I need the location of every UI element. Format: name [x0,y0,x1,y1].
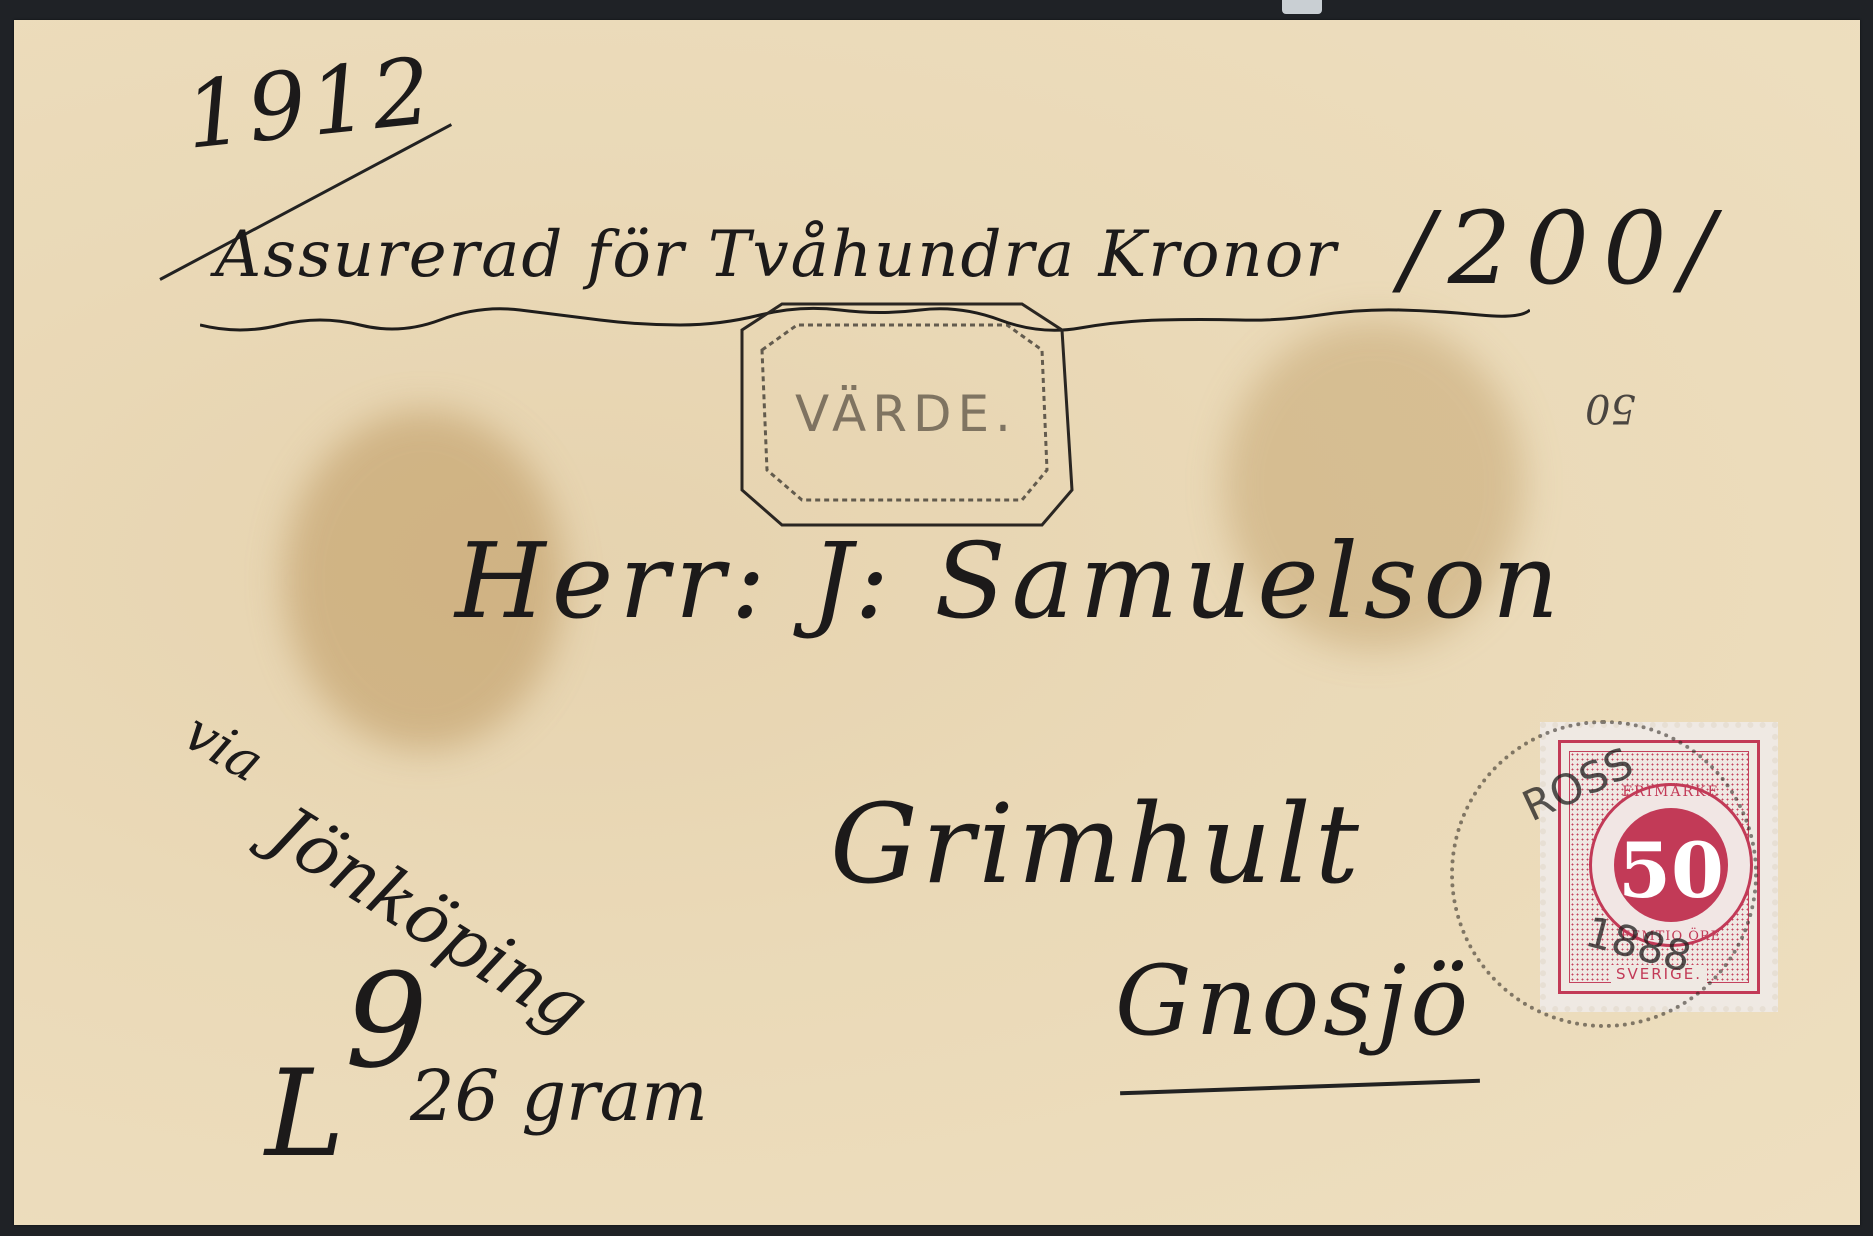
mount-tab [1282,0,1322,14]
town: Grimhult [830,780,1363,908]
post-office: Gnosjö [1115,945,1472,1057]
weight-note: 26 gram [410,1055,708,1137]
addressee: Herr: J: Samuelson [455,520,1565,642]
insured-line: Assurerad för Tvåhundra Kronor [215,218,1338,292]
small-note: 50 [1585,385,1636,431]
weight-prefix: L [265,1045,345,1184]
value-cachet-label: VÄRDE. [795,385,1017,443]
